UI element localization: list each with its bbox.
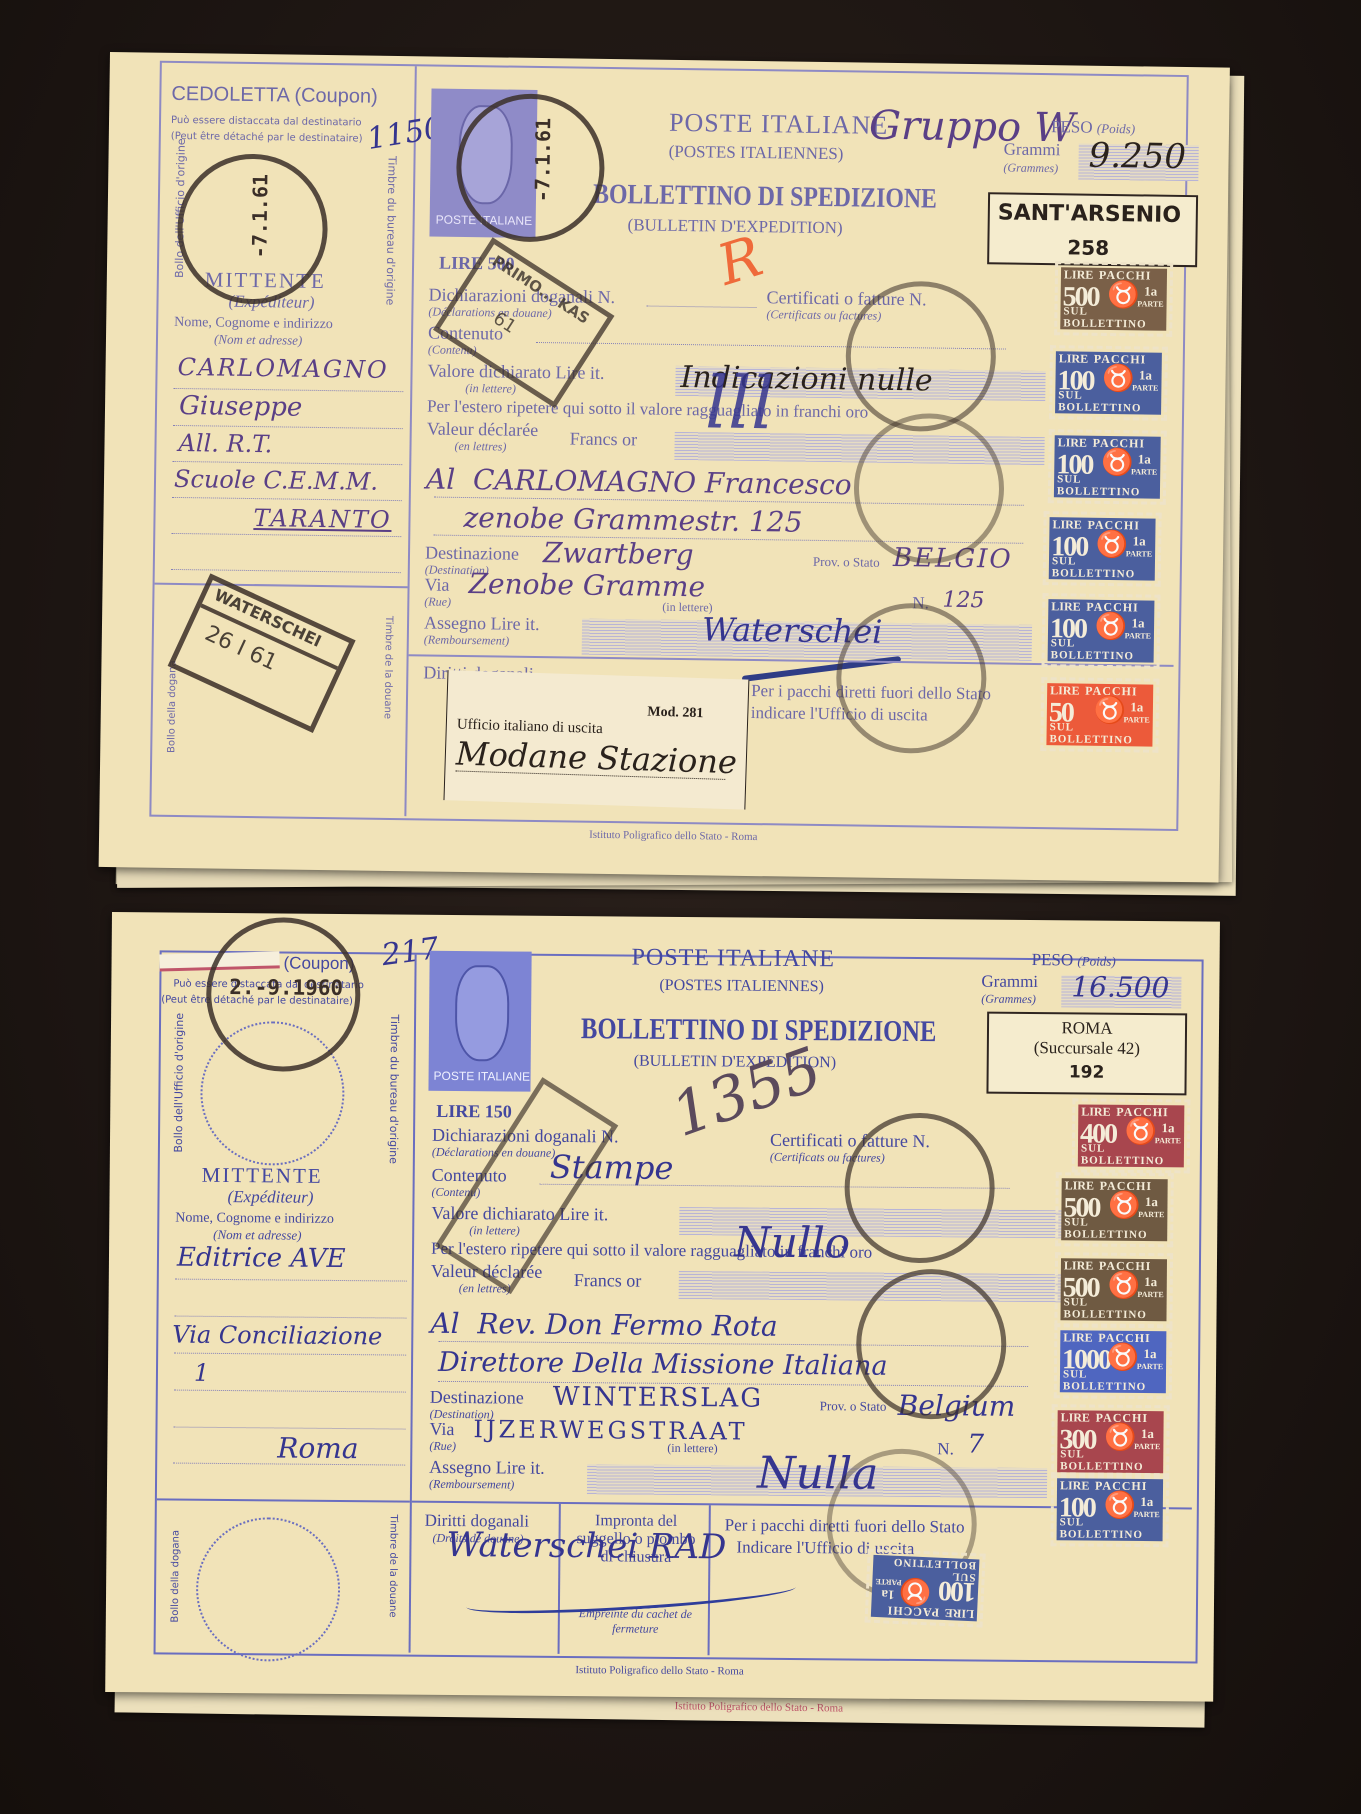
exit-written: Waterschei RAD xyxy=(446,1525,726,1567)
customs-stamp-circle xyxy=(195,1517,340,1662)
stamp-face: LIREPACCHI500♉1aPARTESUL BOLLETTINO xyxy=(1060,267,1167,330)
customs-side-left: Bollo della dogana xyxy=(170,1530,182,1623)
addressee-prefix: Al xyxy=(426,462,456,495)
addressee-name: Rev. Don Fermo Rota xyxy=(477,1307,778,1343)
office-name: SANT'ARSENIO xyxy=(998,200,1182,228)
cod-fr: (Remboursement) xyxy=(429,1477,514,1493)
cod-label: Assegno Lire it. xyxy=(424,612,540,635)
stamp-sul-bollettino: SUL BOLLETTINO xyxy=(1052,555,1155,580)
weight-unit: Grammi xyxy=(1004,139,1061,160)
parcel-post-stamp: LIREPACCHI50♉1aPARTESUL BOLLETTINO xyxy=(1040,677,1159,753)
francs-label: Francs or xyxy=(569,428,637,450)
stamp-face: LIREPACCHI400♉1aPARTESUL BOLLETTINO xyxy=(1078,1104,1185,1167)
stamp-sul-bollettino: SUL BOLLETTINO xyxy=(1063,1296,1166,1321)
coupon-side-right: Timbre du bureau d'origine xyxy=(383,156,398,306)
stamp-sul-bollettino: SUL BOLLETTINO xyxy=(1063,305,1166,330)
number-value: 7 xyxy=(967,1429,984,1459)
italia-head-icon xyxy=(455,965,510,1061)
destination-value: WINTERSLAG xyxy=(553,1382,764,1414)
form-header-subtitle: (POSTES ITALIENNES) xyxy=(669,142,844,164)
office-number: 258 xyxy=(1067,235,1109,260)
sender-line: Via Conciliazione xyxy=(172,1321,382,1351)
postmark-date: 2.-9.1960 xyxy=(229,975,343,1000)
stamp-face: LIREPACCHI100♉1aPARTESUL BOLLETTINO xyxy=(1054,435,1161,498)
parcel-post-stamp: LIREPACCHI500♉1aPARTESUL BOLLETTINO xyxy=(1055,1172,1174,1247)
blue-crayon-mark: lll xyxy=(705,360,775,445)
street-fr: (Rue) xyxy=(424,594,451,609)
sender-line: TARANTO xyxy=(253,504,392,534)
addressee-line-1: Al CARLOMAGNO Francesco xyxy=(426,462,852,501)
sender-line: Scuole C.E.M.M. xyxy=(174,465,378,496)
postmark-roma xyxy=(844,1112,995,1263)
stamp-face: LIREPACCHI100♉1aPARTESUL BOLLETTINO xyxy=(1048,599,1155,662)
stamp-face: LIREPACCHI500♉1aPARTESUL BOLLETTINO xyxy=(1061,1178,1168,1241)
sender-label-fr: (Nom et adresse) xyxy=(214,331,303,348)
sender-heading: MITTENTE xyxy=(202,1163,323,1189)
parcel-post-stamp: LIREPACCHI100♉1aPARTESUL BOLLETTINO xyxy=(1043,511,1162,587)
form-title: BOLLETTINO DI SPEDIZIONE xyxy=(581,1012,937,1049)
parcel-post-stamp: LIREPACCHI100♉1aPARTESUL BOLLETTINO xyxy=(1048,429,1167,505)
sender-line: CARLOMAGNO xyxy=(177,353,389,384)
street-label: Via xyxy=(429,1419,454,1440)
valeur-sub: (en lettres) xyxy=(454,439,506,455)
coupon-side-left: Bollo dell'Ufficio d'origine xyxy=(172,1013,186,1153)
weight-unit-fr: (Grammes) xyxy=(981,992,1036,1007)
sender-label-fr: (Nom et adresse) xyxy=(213,1227,301,1244)
stamp-face: LIREPACCHI300♉1aPARTESUL BOLLETTINO xyxy=(1057,1410,1164,1473)
weight-label-fr: (Poids) xyxy=(1077,953,1115,968)
indicium-text: POSTE ITALIANE xyxy=(434,1069,531,1084)
cod-fr: (Remboursement) xyxy=(424,632,510,648)
sender-line: Giuseppe xyxy=(179,391,303,423)
parcel-post-stamp: LIREPACCHI400♉1aPARTESUL BOLLETTINO xyxy=(1072,1098,1191,1173)
postmark-date: -7.1.61 xyxy=(247,174,272,259)
parcel-post-stamp: LIREPACCHI300♉1aPARTESUL BOLLETTINO xyxy=(1051,1404,1170,1479)
form-header-title: POSTE ITALIANE xyxy=(632,945,836,974)
addressee-prefix: Al xyxy=(430,1307,459,1340)
office-number: 192 xyxy=(989,1062,1185,1084)
parcel-post-stamp: LIREPACCHI100♉1aPARTESUL BOLLETTINO xyxy=(1051,1472,1170,1547)
valeur-label: Valeur déclarée xyxy=(427,418,539,441)
stamp-face: LIREPACCHI1000♉1aPARTESUL BOLLETTINO xyxy=(1060,1330,1167,1393)
form-title: BOLLETTINO DI SPEDIZIONE xyxy=(593,179,937,216)
declared-value-sub: (in lettere) xyxy=(465,381,516,397)
stamp-lire: LIRE xyxy=(1063,1330,1092,1345)
weight-label: PESO (Poids) xyxy=(1032,950,1116,971)
stamp-sul-bollettino: SUL BOLLETTINO xyxy=(1063,1368,1166,1393)
stamp-sul-bollettino: SUL BOLLETTINO xyxy=(1057,473,1160,498)
declared-value-written: Nullo xyxy=(734,1217,850,1267)
parcel-post-stamp: LIREPACCHI500♉1aPARTESUL BOLLETTINO xyxy=(1054,1252,1173,1327)
stamp-lire: LIRE xyxy=(1065,1178,1094,1193)
sender-heading-fr: (Expéditeur) xyxy=(227,1187,313,1208)
office-label: ROMA (Succursale 42) 192 xyxy=(986,1012,1187,1096)
stamp-face: LIREPACCHI500♉1aPARTESUL BOLLETTINO xyxy=(1060,1258,1167,1321)
sender-line: Editrice AVE xyxy=(177,1243,346,1274)
stamp-face: LIREPACCHI100♉1aPARTESUL BOLLETTINO xyxy=(1057,1478,1164,1541)
street-fr: (Rue) xyxy=(429,1439,456,1454)
stamp-sul-bollettino: SUL BOLLETTINO xyxy=(1060,1448,1163,1473)
customs-side-right: Timbre de la douane xyxy=(387,1514,399,1617)
stamp-sul-bollettino: SUL BOLLETTINO xyxy=(1064,1216,1167,1241)
weight-label-it: PESO xyxy=(1051,117,1093,137)
stamp-sul-bollettino: SUL BOLLETTINO xyxy=(1081,1142,1184,1167)
customs-side-right: Timbre de la douane xyxy=(382,616,394,719)
sender-label: Nome, Cognome e indirizzo xyxy=(174,315,333,333)
stamp-sul-bollettino: SUL BOLLETTINO xyxy=(1049,721,1152,746)
parcel-post-stamp: LIREPACCHI100♉1aPARTESUL BOLLETTINO xyxy=(1042,593,1161,669)
addressee-line-2: Direttore Della Missione Italiana xyxy=(438,1347,888,1382)
sender-line: All. R.T. xyxy=(178,429,272,458)
francs-label: Francs or xyxy=(574,1270,642,1292)
imprint: Istituto Poligrafico dello Stato - Roma xyxy=(575,1664,743,1677)
weight-label-fr: (Poids) xyxy=(1097,121,1135,137)
in-letters: (in lettere) xyxy=(667,1441,717,1456)
exit-office-slip: Mod. 281 Ufficio italiano di uscita Moda… xyxy=(443,670,749,809)
street-label: Via xyxy=(424,574,449,595)
office-label: SANT'ARSENIO 258 xyxy=(987,192,1198,267)
parcel-post-stamp: LIREPACCHI500♉1aPARTESUL BOLLETTINO xyxy=(1054,261,1173,337)
stamp-face: LIREPACCHI50♉1aPARTESUL BOLLETTINO xyxy=(1046,683,1153,746)
office-branch: (Succursale 42) xyxy=(989,1038,1185,1060)
box-cancel-date: 61 xyxy=(489,308,520,338)
coupon-title: CEDOLETTA (Coupon) xyxy=(171,83,378,109)
addressee-line-1: Al Rev. Don Fermo Rota xyxy=(430,1307,778,1343)
weight-unit-fr: (Grammes) xyxy=(1003,160,1058,176)
province-label: Prov. o Stato xyxy=(813,554,880,571)
stamp-lire: LIRE xyxy=(1081,1104,1110,1119)
sender-label: Nome, Cognome e indirizzo xyxy=(175,1211,334,1228)
slip-value: Modane Stazione xyxy=(455,734,737,781)
imprint: Istituto Poligrafico dello Stato - Roma xyxy=(589,829,757,843)
weight-value: 16.500 xyxy=(1071,970,1169,1004)
cod-label: Assegno Lire it. xyxy=(429,1457,545,1479)
customs-side-left: Bollo della dogana xyxy=(166,660,178,753)
stamp-lire: LIRE xyxy=(1064,1258,1093,1273)
province-label: Prov. o Stato xyxy=(820,1398,887,1415)
destination-label: Destinazione xyxy=(425,542,519,564)
stamp-sul-bollettino: SUL BOLLETTINO xyxy=(1060,1516,1163,1541)
office-name: ROMA xyxy=(989,1018,1185,1040)
stamp-face: LIREPACCHI100♉1aPARTESUL BOLLETTINO xyxy=(1055,351,1162,414)
street-value: Zenobe Gramme xyxy=(468,567,705,603)
postmark-roma xyxy=(856,1269,1007,1420)
weight-value: 9.250 xyxy=(1088,136,1186,177)
slip-model: Mod. 281 xyxy=(647,704,703,722)
stamp-face: LIREPACCHI100♉1aPARTESUL BOLLETTINO xyxy=(871,1555,980,1622)
addressee-name: CARLOMAGNO Francesco xyxy=(473,463,852,501)
sender-line: Roma xyxy=(277,1431,358,1465)
destination-value: Zwartberg xyxy=(543,536,694,571)
imprint-under: Istituto Poligrafico dello Stato - Roma xyxy=(675,1700,843,1714)
parcel-post-stamp: LIREPACCHI100♉1aPARTESUL BOLLETTINO xyxy=(865,1549,986,1628)
weight-label-it: PESO xyxy=(1032,950,1074,969)
parcel-post-stamp: LIREPACCHI100♉1aPARTESUL BOLLETTINO xyxy=(1049,345,1168,421)
stamp-lire: LIRE xyxy=(1060,1478,1089,1493)
stamp-lire: LIRE xyxy=(944,1605,974,1621)
bottom-bulletin: (Coupon) Può essere distaccata dal desti… xyxy=(105,912,1220,1702)
stamp-sul-bollettino: SUL BOLLETTINO xyxy=(872,1555,976,1583)
stamp-sul-bollettino: SUL BOLLETTINO xyxy=(1051,637,1154,662)
stamp-lire: LIRE xyxy=(1061,1410,1090,1425)
coupon-side-right: Timbre du bureau d'origine xyxy=(387,1014,401,1164)
indicium-stamp: POSTE ITALIANE xyxy=(428,951,531,1092)
indicium-value: LIRE 150 xyxy=(436,1101,512,1123)
weight-unit: Grammi xyxy=(981,972,1038,992)
number-value: 125 xyxy=(942,588,984,614)
sender-line: 1 xyxy=(194,1359,210,1387)
top-bulletin: CEDOLETTA (Coupon) Può essere distaccata… xyxy=(99,52,1230,883)
stamp-sul-bollettino: SUL BOLLETTINO xyxy=(1058,389,1161,414)
destination-label: Destinazione xyxy=(430,1387,524,1409)
form-header-subtitle: (POSTES ITALIENNES) xyxy=(659,977,824,996)
parcel-post-stamp: LIREPACCHI1000♉1aPARTESUL BOLLETTINO xyxy=(1054,1324,1173,1399)
form-header-title: POSTE ITALIANE xyxy=(669,108,889,141)
stamp-face: LIREPACCHI100♉1aPARTESUL BOLLETTINO xyxy=(1049,517,1156,580)
number-label: N. xyxy=(937,1439,954,1459)
addressee-line-2: zenobe Grammestr. 125 xyxy=(463,501,802,539)
postmark-date: -7.1.61 xyxy=(530,118,555,203)
